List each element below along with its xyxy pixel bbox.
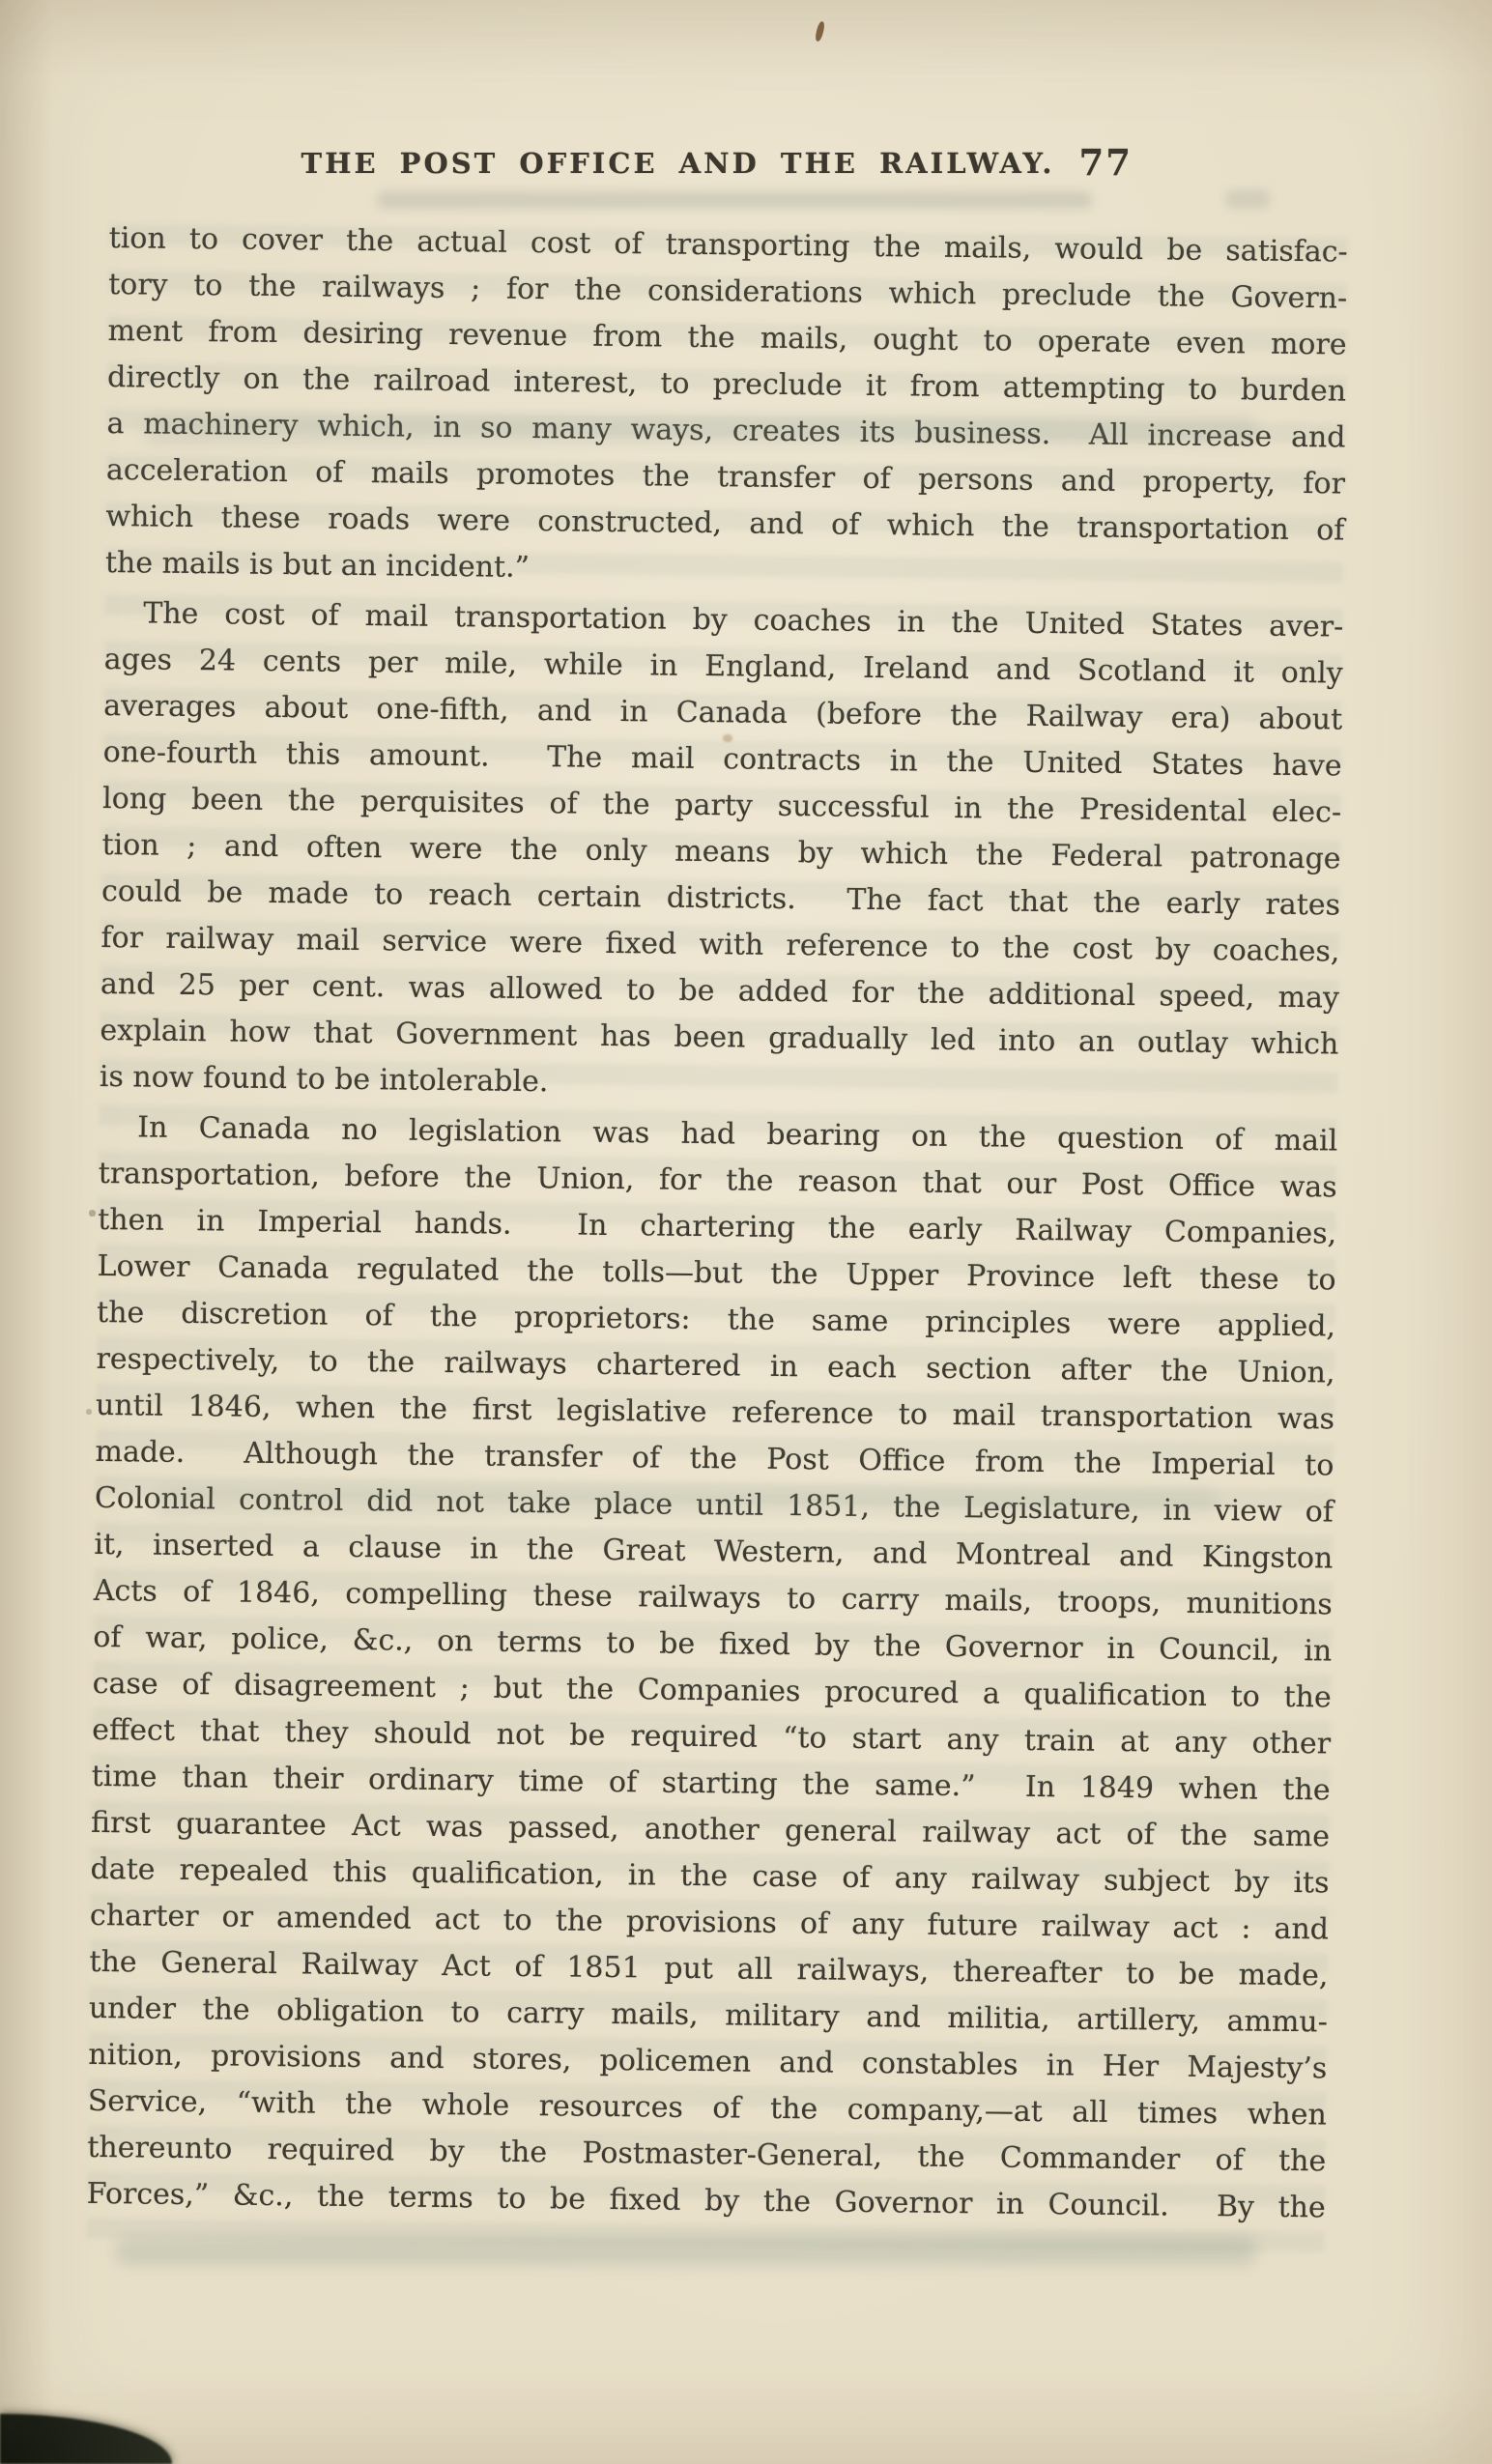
paragraph: The cost of mail transportation by coach… xyxy=(100,590,1344,1115)
page-body: tion to cover the actual cost of transpo… xyxy=(86,215,1347,2231)
page-number: 77 xyxy=(1079,141,1133,184)
foxing-spot xyxy=(723,734,732,742)
ink-speck xyxy=(89,1210,96,1217)
paragraph: In Canada no legislation was had bearing… xyxy=(86,1104,1337,2231)
running-head: THE POST OFFICE AND THE RAILWAY. 77 xyxy=(109,147,1353,189)
pagenumber-showthrough-smudge xyxy=(1225,189,1270,209)
header-showthrough-smudge xyxy=(377,191,1092,209)
ink-speck xyxy=(86,1409,92,1415)
paragraph: tion to cover the actual cost of transpo… xyxy=(105,215,1348,601)
